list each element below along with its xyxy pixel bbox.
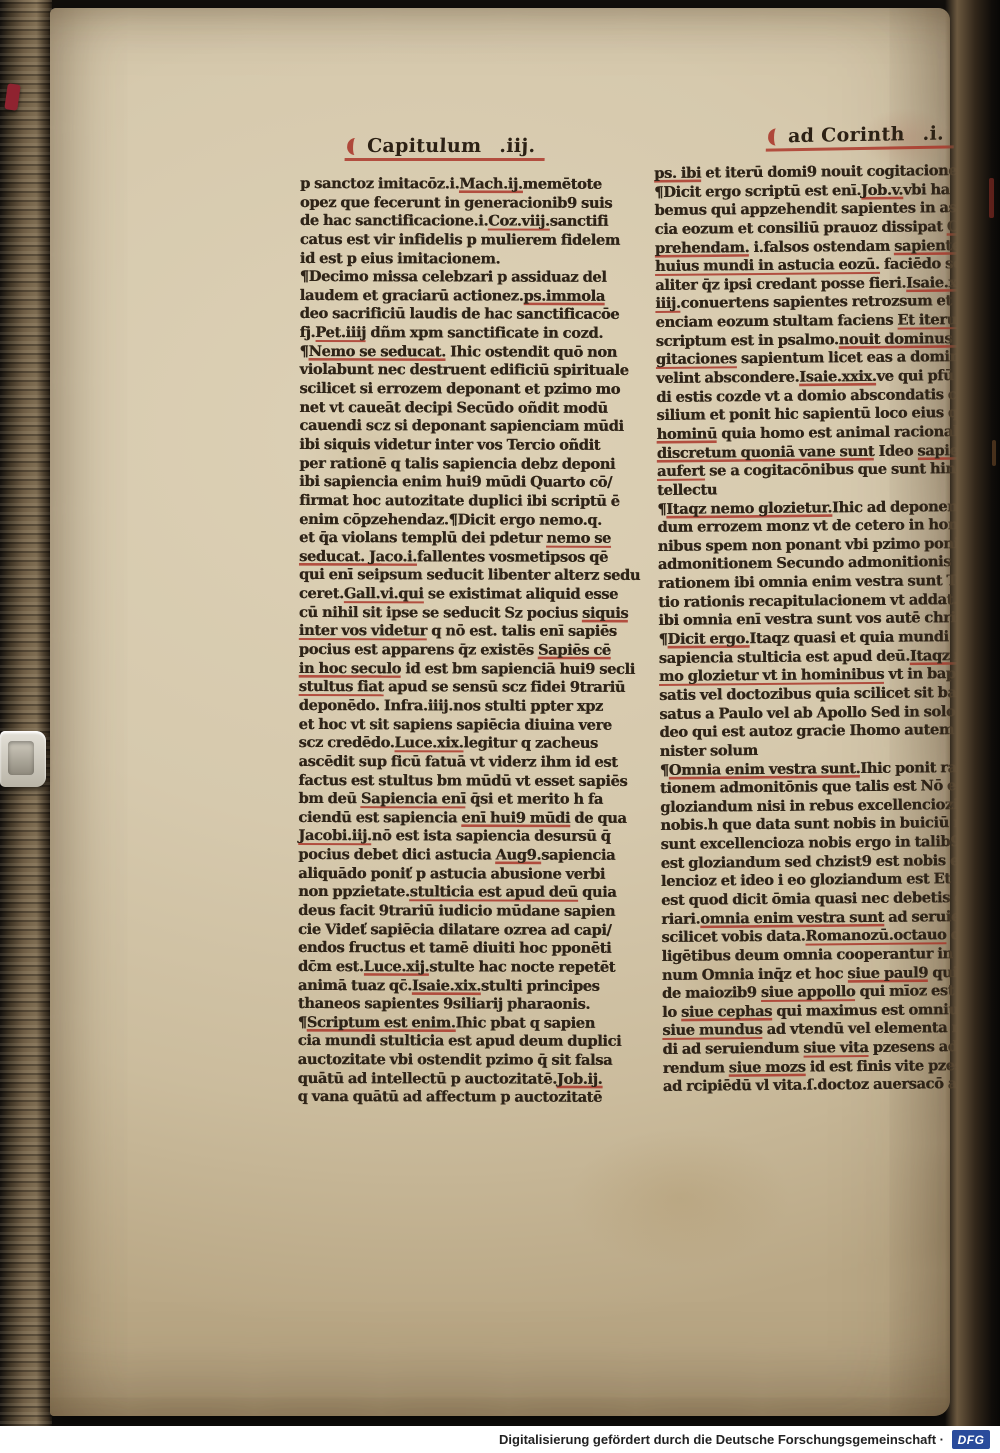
rubricated-phrase: in hoc seculo (299, 660, 401, 678)
text-line: cia eozum et consiliū prauoz dissipat Cō (655, 218, 971, 240)
text-line: et q̄a violans templū dei pdetur nemo se (299, 529, 615, 548)
digitization-credit-text: Digitalisierung gefördert durch die Deut… (499, 1432, 944, 1447)
red-paraph-icon (768, 128, 784, 145)
text-line: thaneos sapientes 9siliarij pharaonis. (298, 995, 614, 1014)
rubricated-phrase: prehendam. (655, 239, 750, 258)
text-line: aufert se a cogitacōnibus que sunt hine … (657, 460, 973, 482)
metal-page-clip (0, 731, 46, 787)
rubricated-phrase: omnia enim vestra sunt (700, 908, 884, 928)
rubricated-phrase: nemo se (546, 530, 611, 548)
rubricated-phrase: Nemo se seducat. (308, 343, 445, 361)
rubricated-phrase: Isaie.xxix. (799, 368, 876, 387)
header-left-numeral: .iij. (499, 135, 536, 157)
red-paraph-icon (347, 138, 364, 155)
rubricated-phrase: ps.immola (523, 287, 605, 305)
text-line: ibi siquis videtur inter vos Tercio oñdi… (299, 436, 615, 455)
text-line: opez que fecerunt in generacionib9 suis (300, 194, 616, 213)
text-line: scz credēdo.Luce.xix.legitur q zacheus (298, 734, 614, 753)
text-line: stultus fiat apud se sensū scz fidei 9tr… (299, 678, 615, 697)
running-header-right: ad Corinth.i. (766, 122, 954, 151)
text-line: ad rcipiēdū vl vita.ſ.doctoz auersacō ad (663, 1075, 979, 1097)
rubricated-phrase: Romanozū.octauo (805, 926, 946, 945)
rubricated-phrase: Dicit ergo. (667, 630, 749, 649)
rubricated-phrase: Sapiencia enī (361, 790, 466, 808)
text-line: qui enī seipsum seducit libenter alterz … (299, 566, 615, 585)
text-line: ascēdit sup ficū fatuā vt viderz ihm id … (298, 753, 614, 772)
paper-stain (570, 1128, 790, 1268)
text-line: p sanctoz imitacōz.i.Mach.ij.memētote (300, 175, 616, 194)
text-line: animā tuaz qc̄.Isaie.xix.stulti principe… (298, 977, 614, 996)
text-line: dc̄m est.Luce.xij.stulte hac nocte repet… (298, 958, 614, 977)
rubricated-phrase: Omnia enim vestra sunt. (669, 760, 861, 780)
rubricated-phrase: Mach.ij. (459, 175, 522, 193)
text-line: in hoc seculo id est bm sapienciā hui9 s… (299, 660, 615, 679)
running-header-left: Capitulum.iij. (345, 135, 545, 161)
text-line: deponēdo. Infra.iiij.nos stulti ppter xp… (299, 697, 615, 716)
text-line: endos fructus et tamē diuiti hoc pponēti (298, 939, 614, 958)
text-line: de hac sanctificacione.i.Coz.viij.sancti… (300, 212, 616, 231)
text-line: scilicet si errozem deponant et pzimo mo (299, 380, 615, 399)
text-line: inter vos videtur q nō est. talis enī sa… (299, 622, 615, 641)
rubricated-phrase: Job.ij. (557, 1070, 602, 1088)
text-column-right: ps. ibi et iterū domi9 nouit cogitacione… (654, 162, 979, 1097)
rubricated-phrase: Pet.iiij (315, 324, 366, 342)
text-line: auctozitate vbi ostendit pzimo q̄ sit fa… (298, 1051, 614, 1070)
text-line: et hoc vt sit sapiens sapiēcia diuina ve… (299, 716, 615, 735)
text-line: deo qui est autoz gracie Ihomo autem mi (659, 721, 975, 743)
text-line: cia mundi stulticia est apud deum duplic… (298, 1032, 614, 1051)
rubricated-phrase: enī hui9 mūdi (461, 809, 570, 827)
rubricated-phrase: Luce.xix. (394, 734, 463, 752)
text-line: id est p eius imitacionem. (300, 250, 616, 269)
rubricated-phrase: aufert (657, 463, 705, 481)
text-line: deo sacrificiū laudis de hac sanctificac… (300, 305, 616, 324)
text-line: ibi sapiencia enim hui9 mūdi Quarto cō/ (299, 473, 615, 492)
text-line: factus est stultus bm mūdū vt esset sapi… (298, 771, 614, 790)
text-line: firmat hoc autozitate duplici ibi script… (299, 492, 615, 511)
rubricated-phrase: Luce.xij. (364, 958, 430, 976)
text-line: net vt caueāt decipi Secūdo oñdit modū (299, 399, 615, 418)
text-line: quātū ad intellectū p auctozitatē.Job.ij… (298, 1070, 614, 1089)
header-right-title: ad Corinth (788, 123, 905, 147)
text-line: non ppzietate.stulticia est apud deū qui… (298, 883, 614, 902)
rubricated-phrase: discretum quoniā vane sunt (657, 443, 875, 463)
text-line: catus est vir infidelis p mulierem fidel… (300, 231, 616, 250)
rubricated-phrase: Aug9. (495, 847, 541, 865)
header-left-title: Capitulum (367, 135, 482, 157)
text-line: aliquādo poniť p astucia abusione verbi (298, 865, 614, 884)
text-line: pocius est apparens q̄z existēs Sapiēs c… (299, 641, 615, 660)
rubricated-phrase: Scriptum est enim. (307, 1014, 456, 1032)
rubricated-phrase: ps. ibi (654, 165, 701, 183)
rubricated-phrase: Jacobi.iij. (298, 827, 371, 845)
rubricated-phrase: siue paul9 (847, 964, 928, 983)
rubricated-phrase: stulticia est apud deū (410, 884, 578, 902)
edge-ink-speck (992, 440, 996, 466)
text-line: enim cōpzehendaz.¶Dicit ergo nemo.q. (299, 511, 615, 530)
text-line: q vana quātū ad affectum p auctozitatē (298, 1088, 614, 1107)
rubricated-phrase: inter vos videtur (299, 622, 427, 640)
rubricated-phrase: siue cephas (681, 1003, 772, 1022)
rubricated-phrase: Itaqz nemo glozietur. (666, 499, 832, 519)
text-line: bm deū Sapiencia enī q̄si et merito h fa (298, 790, 614, 809)
text-line: hominū quia homo est animal racionale (657, 423, 973, 445)
rubricated-phrase: Sapiēs cē (538, 642, 611, 660)
rubricated-phrase: seducat. Jaco.i. (299, 548, 417, 566)
edge-ink-speck (989, 178, 994, 218)
rubricated-phrase: Job.v. (861, 181, 903, 199)
text-line: violabunt nec destruent edificiū spiritu… (299, 361, 615, 380)
book-page: Capitulum.iij. ad Corinth.i. p sanctoz i… (50, 8, 950, 1416)
text-line: ceret.Gall.vi.qui se existimat aliquid e… (299, 585, 615, 604)
rubricated-phrase: hominū (657, 425, 718, 444)
text-column-left: p sanctoz imitacōz.i.Mach.ij.memētoteope… (298, 175, 616, 1108)
book-spine-page-edges (0, 0, 52, 1426)
rubricated-phrase: mo glozietur vt in hominibus (659, 666, 884, 686)
text-line: deus facit 9trariū iudicio mūdane sapien (298, 902, 614, 921)
rubricated-phrase: siue appollo (761, 983, 856, 1002)
scanned-book-photo: Capitulum.iij. ad Corinth.i. p sanctoz i… (0, 0, 1000, 1453)
digitization-credit-bar: Digitalisierung gefördert durch die Deut… (0, 1426, 1000, 1453)
text-line: ¶Scriptum est enim.Ihic pbat q sapien (298, 1014, 614, 1033)
text-line: ¶Decimo missa celebzari p assiduaz del (300, 268, 616, 287)
rubricated-phrase: Isaie.xix. (412, 977, 481, 995)
text-line: laudem et graciarū actionez.ps.immola (300, 287, 616, 306)
rubricated-phrase: gitaciones (656, 351, 737, 370)
header-right-numeral: .i. (922, 123, 944, 145)
text-line: cie Videť sapiēcia dilatare ozrea ad cap… (298, 921, 614, 940)
rubricated-phrase: siue mozs (729, 1058, 806, 1077)
text-line: fj.Pet.iiij dñm xpm sanctificate in cozd… (300, 324, 616, 343)
text-line: per rationē q talis sapiencia debz depon… (299, 455, 615, 474)
rubricated-phrase: huius mundi in astucia eozū. (655, 256, 880, 276)
text-line: pocius debet dici astucia Aug9.sapiencia (298, 846, 614, 865)
rubricated-phrase: iiij. (655, 295, 680, 313)
text-line: cauendi scz si deponant sapienciam mūdi (299, 417, 615, 436)
text-line: ciendū est sapiencia enī hui9 mūdi de qu… (298, 809, 614, 828)
text-line: ¶Nemo se seducat. Ihic ostendit quō non (300, 343, 616, 362)
text-line: cū nihil sit ipse se seducit Sz pocius s… (299, 604, 615, 623)
rubricated-phrase: Gall.vi.qui (344, 585, 424, 603)
rubricated-phrase: siquis (582, 604, 628, 622)
text-line: Jacobi.iij.nō est ista sapiencia desursū… (298, 827, 614, 846)
dfg-logo: DFG (952, 1430, 990, 1449)
rubricated-phrase: stultus fiat (299, 678, 384, 696)
rubricated-phrase: siue mundus (662, 1021, 762, 1040)
text-line: seducat. Jaco.i.fallentes vosmetipsos qē (299, 548, 615, 567)
rubricated-phrase: siue vita (803, 1039, 868, 1058)
rubricated-phrase: Coz.viij. (488, 213, 550, 231)
